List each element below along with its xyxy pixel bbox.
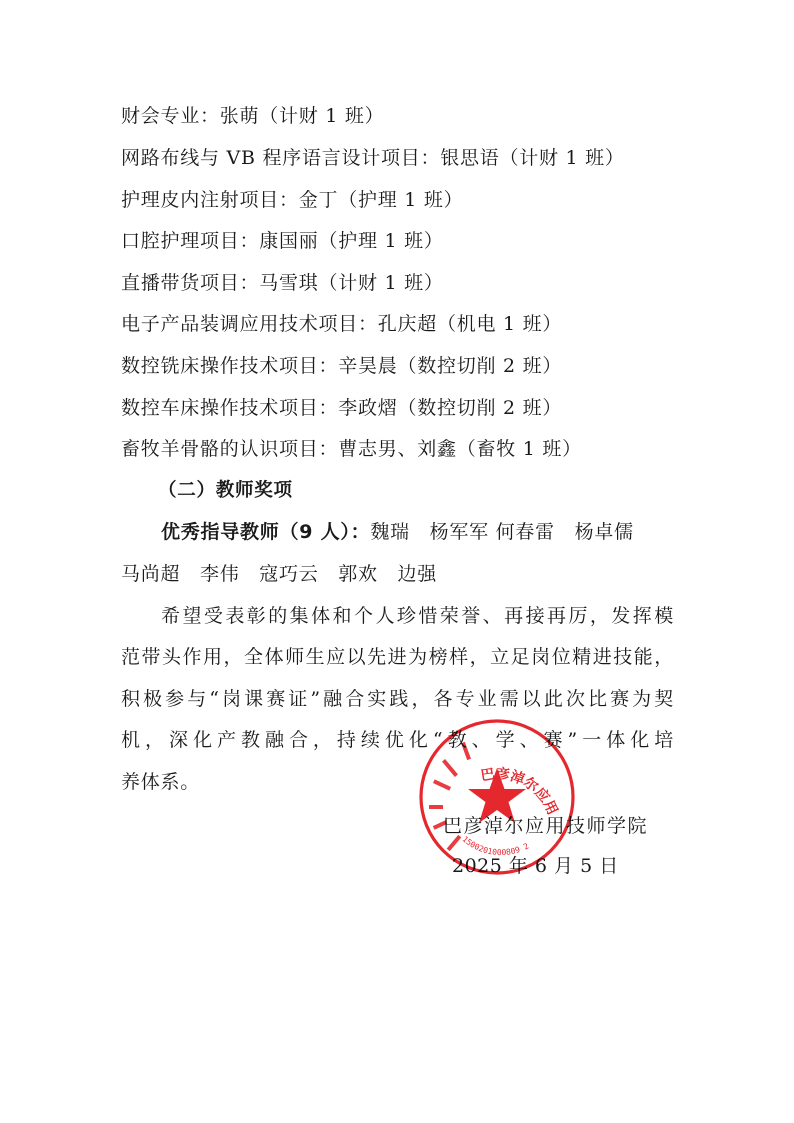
teacher-names-line-2: 马尚超 李伟 寇巧云 郭欢 边强 (121, 553, 674, 595)
outstanding-teacher-label: 优秀指导教师（9 人）： (161, 521, 370, 543)
document-page: 财会专业：张萌（计财 1 班） 网路布线与 VB 程序语言设计项目：银思语（计财… (0, 0, 794, 1123)
award-line-network-vb: 网路布线与 VB 程序语言设计项目：银思语（计财 1 班） (121, 137, 674, 179)
award-line-nursing-injection: 护理皮内注射项目：金丁（护理 1 班） (121, 179, 674, 221)
award-line-cnc-milling: 数控铣床操作技术项目：辛昊晨（数控切削 2 班） (121, 345, 674, 387)
award-line-accounting: 财会专业：张萌（计财 1 班） (121, 95, 674, 137)
award-line-oral-care: 口腔护理项目：康国丽（护理 1 班） (121, 220, 674, 262)
closing-paragraph-line-2: 范带头作用，全体师生应以先进为榜样，立足岗位精进技能， (121, 636, 674, 678)
award-line-sheep-skeleton: 畜牧羊骨骼的认识项目：曹志男、刘鑫（畜牧 1 班） (121, 428, 674, 470)
teacher-names-line-1: 优秀指导教师（9 人）：魏瑞 杨军军 何春雷 杨卓儒 (161, 511, 674, 553)
closing-paragraph-line-5: 养体系。 (121, 761, 674, 803)
teacher-names-first: 魏瑞 杨军军 何春雷 杨卓儒 (370, 521, 634, 543)
closing-paragraph-line-4: 机，深化产教融合，持续优化“教、学、赛”一体化培 (121, 719, 674, 761)
section-heading-teacher-awards: （二）教师奖项 (158, 470, 711, 512)
svg-text:1500201000809 2: 1500201000809 2 (460, 835, 530, 858)
award-line-cnc-lathe: 数控车床操作技术项目：李政熠（数控切削 2 班） (121, 387, 674, 429)
closing-paragraph-line-3: 积极参与“岗课赛证”融合实践，各专业需以此次比赛为契 (121, 678, 674, 720)
closing-paragraph-line-1: 希望受表彰的集体和个人珍惜荣誉、再接再厉，发挥模 (161, 595, 674, 637)
award-line-livestream-sales: 直播带货项目：马雪琪（计财 1 班） (121, 262, 674, 304)
award-line-electronics: 电子产品装调应用技术项目：孔庆超（机电 1 班） (121, 303, 674, 345)
official-seal-stamp: 巴彦淖尔应用技师学院 1500201000809 2 (418, 718, 576, 876)
